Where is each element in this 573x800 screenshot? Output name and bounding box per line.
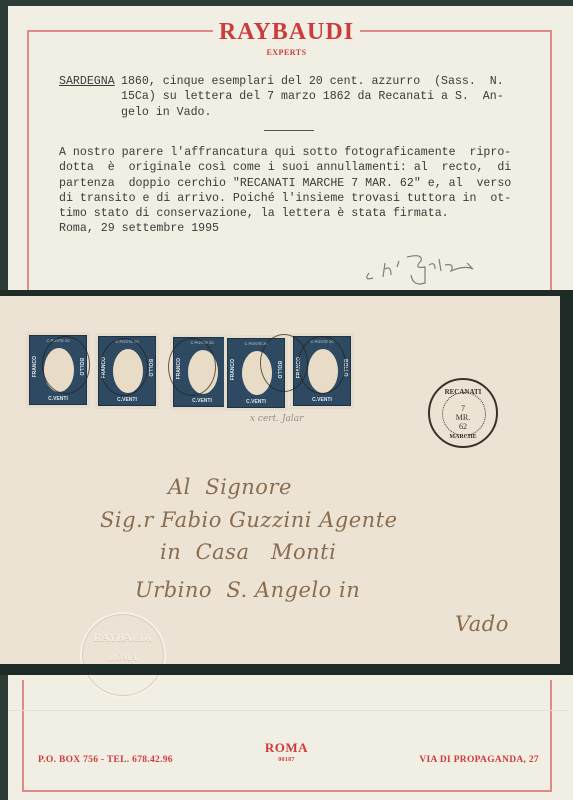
emboss-name: RAYBAUDI <box>82 632 164 644</box>
stamp-left-label: FRANCO <box>32 356 38 377</box>
signature <box>355 243 485 288</box>
stamp-left-label: FRANCO <box>230 359 236 380</box>
footer-city: ROMA <box>0 740 573 756</box>
cancellation-mark <box>42 336 90 394</box>
brand-header: RAYBAUDI <box>0 18 573 46</box>
cancellation-mark <box>100 338 148 396</box>
footer-address: VIA DI PROPAGANDA, 27 <box>419 755 539 765</box>
brand-title: RAYBAUDI <box>213 18 360 46</box>
cancellation-mark <box>168 338 216 396</box>
cancellation-mark <box>298 336 346 394</box>
postmark-date: 7 MR. 62 <box>430 404 496 431</box>
address-line-3: in Casa Monti <box>160 540 336 564</box>
stamp-bottom-label: C.VENTI <box>228 399 284 405</box>
section-divider <box>264 130 314 131</box>
address-line-4: Urbino S. Angelo in <box>135 578 360 602</box>
stamp-bottom-label: C.VENTI <box>294 397 350 403</box>
stamp-bottom-label: C.VENTI <box>99 397 155 403</box>
paper-fold <box>8 710 568 711</box>
stamp-bottom-label: C.VENTI <box>174 398 230 404</box>
certificate-frame-bottom <box>22 680 552 792</box>
stamp-bottom-label: C.VENTI <box>30 396 86 402</box>
subject-text: 1860, cinque esemplari del 20 cent. azzu… <box>121 74 504 120</box>
pencil-note: x cert. Jalar <box>250 414 303 424</box>
subject-label: SARDEGNA <box>59 74 115 89</box>
postmark-region: MARCHE <box>430 434 496 440</box>
brand-subtitle: EXPERTS <box>0 48 573 57</box>
address-line-1: Al Signore <box>168 475 292 499</box>
postmark-town: RECANATI <box>430 388 496 396</box>
address-line-5: Vado <box>455 612 509 636</box>
address-line-2: Sig.r Fabio Guzzini Agente <box>100 508 398 532</box>
emboss-city: ROMA <box>82 652 164 662</box>
postmark: RECANATI 7 MR. 62 MARCHE <box>428 378 498 448</box>
envelope-bottom-shadow <box>0 664 573 675</box>
certificate-body-text: A nostro parere l'affrancatura qui sotto… <box>59 145 511 237</box>
